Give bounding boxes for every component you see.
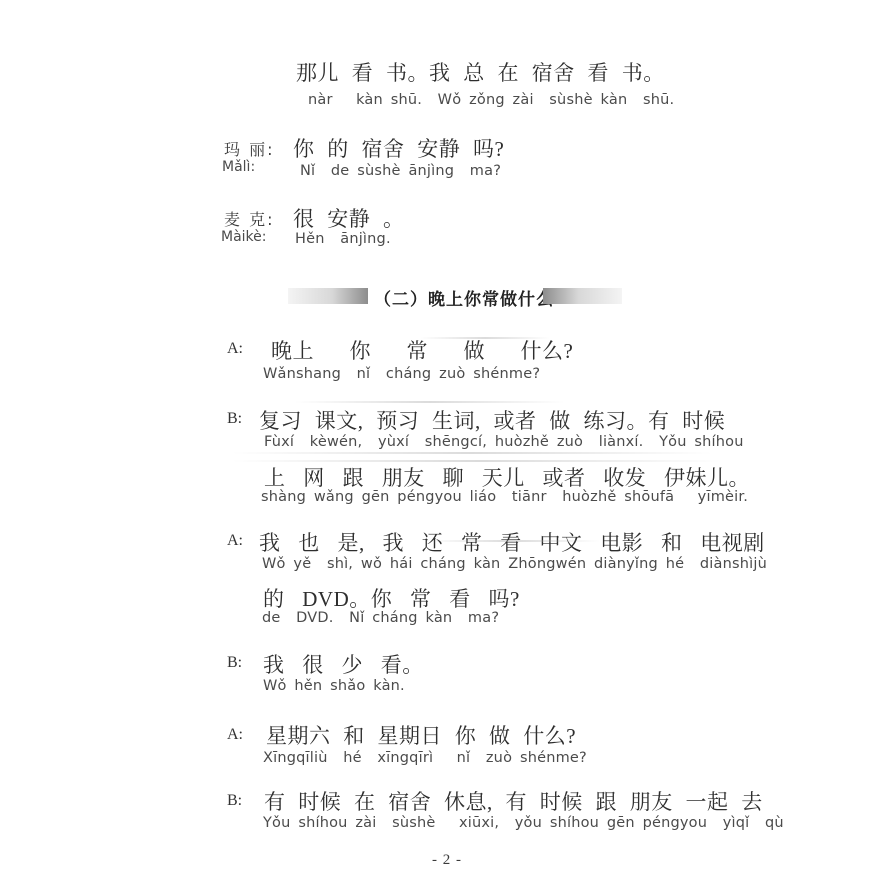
page-number: - 2 -	[0, 852, 894, 869]
dialogue2-turn4-hanzi: 我 很 少 看。	[263, 649, 424, 679]
dialogue2-turn6-hanzi: 有 时候 在 宿舍 休息, 有 时候 跟 朋友 一起 去	[264, 786, 763, 816]
dialogue1-turn2-pinyin: Hěn ānjìng.	[295, 231, 391, 247]
dialogue2-turn5-speaker: A:	[227, 726, 243, 744]
dialogue2-turn3-line2-pinyin: de DVD. Nǐ cháng kàn ma?	[262, 610, 499, 626]
dialogue2-turn2-line1-pinyin: Fùxí kèwén, yùxí shēngcí, huòzhě zuò lià…	[264, 434, 744, 450]
dialogue2-turn4-speaker: B:	[227, 654, 242, 672]
dialogue2-turn5-hanzi: 星期六 和 星期日 你 做 什么?	[266, 720, 576, 750]
speaker-label-maike-pinyin: Màikè:	[221, 229, 267, 245]
dialogue2-turn2-speaker: B:	[227, 410, 242, 428]
dialogue2-turn1-pinyin: Wǎnshang nǐ cháng zuò shénme?	[263, 366, 540, 382]
scan-artifact	[425, 540, 600, 542]
dialogue1-turn1-pinyin: Nǐ de sùshè ānjìng ma?	[300, 163, 501, 179]
dialogue1-turn1-hanzi: 你 的 宿舍 安静 吗?	[293, 133, 504, 163]
dialogue2-turn6-speaker: B:	[227, 792, 242, 810]
speaker-label-mali-hanzi: 玛 丽:	[224, 137, 274, 160]
speaker-label-mali-pinyin: Mǎlì:	[222, 159, 255, 175]
section-header-title: （二）晚上你常做什么	[374, 285, 554, 310]
dialogue2-turn1-hanzi: 晚上 你 常 做 什么?	[271, 335, 573, 365]
dialogue2-turn3-speaker: A:	[227, 532, 243, 550]
dialogue2-turn2-line2-hanzi: 上 网 跟 朋友 聊 天儿 或者 收发 伊妹儿。	[264, 462, 750, 492]
dialogue2-turn3-line1-pinyin: Wǒ yě shì, wǒ hái cháng kàn Zhōngwén dià…	[262, 556, 767, 572]
scan-artifact	[232, 452, 712, 454]
scan-artifact	[295, 401, 565, 403]
dialogue2-turn3-line1-hanzi: 我 也 是, 我 还 常 看 中文 电影 和 电视剧	[259, 527, 765, 557]
dialogue2-turn6-pinyin: Yǒu shíhou zài sùshè xiūxi, yǒu shíhou g…	[263, 815, 784, 831]
dialogue2-turn4-pinyin: Wǒ hěn shǎo kàn.	[263, 678, 405, 694]
textbook-page: 那儿 看 书。我 总 在 宿舍 看 书。 nàr kàn shū. Wǒ zǒn…	[0, 0, 894, 894]
dialogue1-continuation-pinyin: nàr kàn shū. Wǒ zǒng zài sùshè kàn shū.	[308, 92, 674, 108]
dialogue2-turn2-line2-pinyin: shàng wǎng gēn péngyou liáo tiānr huòzhě…	[261, 489, 748, 505]
section-header-bar-right	[543, 288, 622, 304]
dialogue2-turn1-speaker: A:	[227, 340, 243, 358]
dialogue2-turn5-pinyin: Xīngqīliù hé xīngqīrì nǐ zuò shénme?	[263, 750, 587, 766]
dialogue2-turn2-line1-hanzi: 复习 课文, 预习 生词, 或者 做 练习。有 时候	[259, 405, 725, 435]
scan-artifact	[232, 460, 722, 462]
speaker-label-maike-hanzi: 麦 克:	[224, 207, 274, 230]
dialogue1-turn2-hanzi: 很 安静 。	[293, 203, 405, 233]
scan-artifact	[420, 337, 550, 339]
section-header-bar-left	[288, 288, 368, 304]
dialogue1-continuation-hanzi: 那儿 看 书。我 总 在 宿舍 看 书。	[296, 57, 665, 87]
dialogue2-turn3-line2-hanzi: 的 DVD。你 常 看 吗?	[263, 583, 520, 613]
